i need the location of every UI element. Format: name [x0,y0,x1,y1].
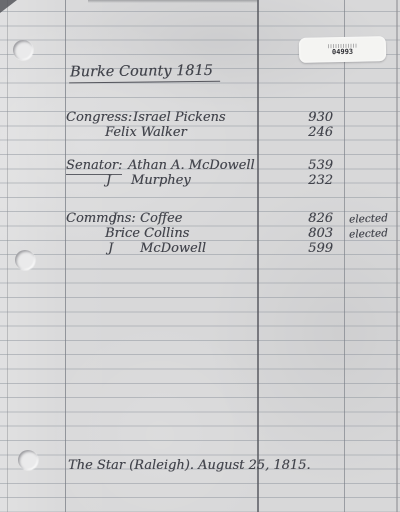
vote-count: 803 [293,226,333,241]
page-title: Burke County 1815 [69,63,220,84]
vote-count: 826 [293,211,333,226]
elected-note: elected [349,227,388,240]
candidate-name: Athan A. McDowell [128,158,255,173]
source-citation-row: The Star (Raleigh). August 25, 1815. [0,458,400,474]
vote-count: 930 [293,110,333,125]
entry-row-commons-3: J McDowell 599 [0,241,400,257]
candidate-name: McDowell [140,241,206,256]
candidate-initial: J [106,173,111,188]
entry-row-congress-2: Felix Walker 246 [0,125,400,141]
candidate-name: Murphey [131,173,191,188]
office-label: Commons: [66,211,136,226]
candidate-name: Felix Walker [105,125,187,140]
source-citation: The Star (Raleigh). August 25, 1815. [68,458,311,473]
entry-row-senator-1: Senator: Athan A. McDowell 539 [0,158,400,174]
page-title-row: Burke County 1815 [0,61,400,81]
ruled-lines [0,11,400,512]
office-label: Congress: [66,110,132,125]
candidate-initial: J [108,241,113,256]
candidate-name: Israel Pickens [133,110,226,125]
top-edge-smudge [88,0,258,3]
vote-count: 539 [293,158,333,173]
candidate-name: Brice Collins [105,226,189,241]
entry-row-congress-1: Congress: Israel Pickens 930 [0,110,400,126]
elected-note: elected [349,212,388,225]
vote-count: 232 [293,173,333,188]
vote-count: 599 [293,241,333,256]
catalog-number: 04993 [332,48,353,55]
barcode-icon [327,43,357,48]
hole-punch-top [13,40,33,60]
candidate-initial: J [112,211,117,226]
entry-row-senator-2: J Murphey 232 [0,173,400,189]
entry-row-commons-2: Brice Collins 803 elected [0,226,400,242]
vote-count: 246 [293,125,333,140]
entry-row-commons-1: Commons: J Coffee 826 elected [0,211,400,227]
candidate-name: Coffee [140,211,182,226]
scanned-ledger-page: 04993 Burke County 1815 Congress: Israel… [0,0,400,512]
corner-fold [0,0,17,13]
catalog-sticker: 04993 [299,36,387,63]
